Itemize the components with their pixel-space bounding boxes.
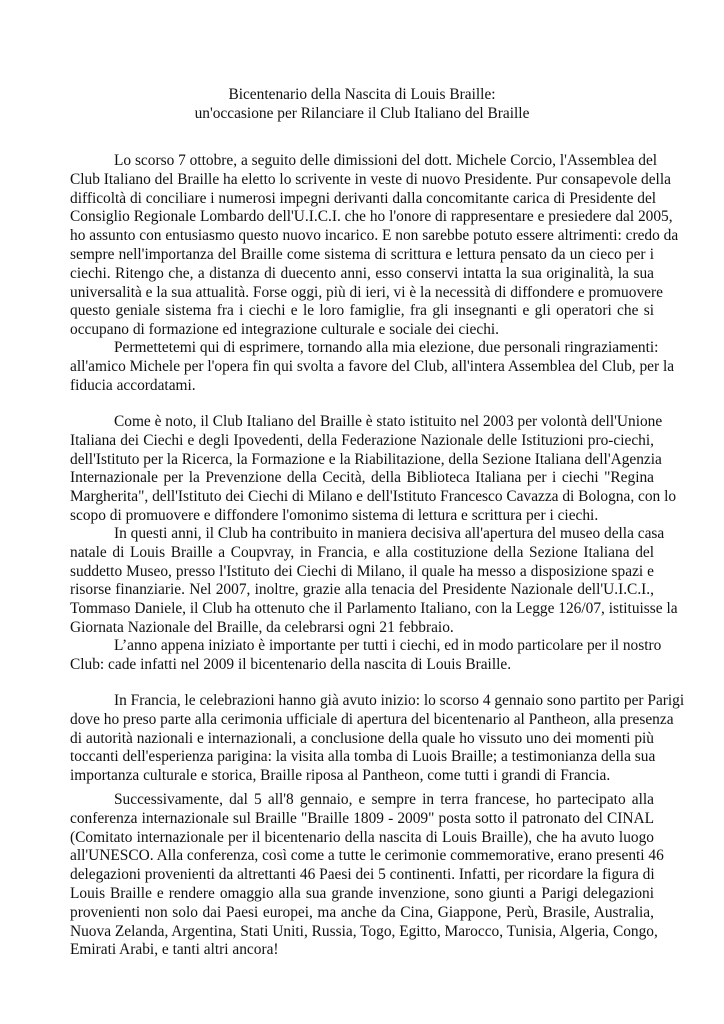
document-title: Bicentenario della Nascita di Louis Brai… [70, 86, 654, 124]
paragraph-line: dell'Istituto per la Ricerca, la Formazi… [70, 451, 654, 470]
paragraph: Come è noto, il Club Italiano del Braill… [70, 413, 654, 526]
paragraph-line: Club Italiano del Braille ha eletto lo s… [70, 171, 654, 190]
paragraph-line: all'amico Michele per l'opera fin qui sv… [70, 358, 654, 377]
paragraph: In Francia, le celebrazioni hanno già av… [70, 692, 654, 786]
paragraph-line: suddetto Museo, presso l'Istituto dei Ci… [70, 563, 654, 582]
paragraph: In questi anni, il Club ha contribuito i… [70, 525, 654, 638]
paragraph-line: dove ho preso parte alla cerimonia uffic… [70, 711, 654, 730]
paragraph-line: importanza culturale e storica, Braille … [70, 767, 654, 786]
paragraph: Lo scorso 7 ottobre, a seguito delle dim… [70, 152, 654, 340]
paragraph-line: natale di Louis Braille a Coupvray, in F… [70, 544, 654, 563]
paragraph-line: Louis Braille e rendere omaggio alla sua… [70, 885, 654, 904]
paragraph-line: Consiglio Regionale Lombardo dell'U.I.C.… [70, 208, 654, 227]
paragraph-line: fiducia accordatami. [70, 377, 654, 396]
paragraph-line: scopo di promuovere e diffondere l'omoni… [70, 507, 654, 526]
paragraph-line: Italiana dei Ciechi e degli Ipovedenti, … [70, 432, 654, 451]
document-page: Bicentenario della Nascita di Louis Brai… [0, 0, 724, 1024]
paragraph-line: Emirati Arabi, e tanti altri ancora! [70, 941, 654, 960]
title-line-2: un'occasione per Rilanciare il Club Ital… [70, 105, 654, 124]
paragraph-line: Internazionale per la Prevenzione della … [70, 469, 654, 488]
paragraph-line: ciechi. Ritengo che, a distanza di duece… [70, 265, 654, 284]
paragraph-line: Come è noto, il Club Italiano del Braill… [70, 413, 654, 432]
paragraph-line: Nuova Zelanda, Argentina, Stati Uniti, R… [70, 923, 654, 942]
paragraph-line: all'UNESCO. Alla conferenza, così come a… [70, 847, 654, 866]
paragraph: Successivamente, dal 5 all'8 gennaio, e … [70, 791, 654, 960]
paragraph-line: risorse finanziarie. Nel 2007, inoltre, … [70, 581, 654, 600]
paragraph-line: delegazioni provenienti da altrettanti 4… [70, 866, 654, 885]
paragraph-line: L’anno appena iniziato è importante per … [70, 637, 654, 656]
paragraph-line: Lo scorso 7 ottobre, a seguito delle dim… [70, 152, 654, 171]
paragraph: L’anno appena iniziato è importante per … [70, 637, 654, 675]
paragraph-line: Successivamente, dal 5 all'8 gennaio, e … [70, 791, 654, 810]
paragraph-line: In questi anni, il Club ha contribuito i… [70, 525, 654, 544]
paragraph-line: difficoltà di conciliare i numerosi impe… [70, 190, 654, 209]
paragraph-line: (Comitato internazionale per il bicenten… [70, 829, 654, 848]
paragraph-line: universalità e la sua attualità. Forse o… [70, 284, 654, 303]
paragraph-line: Tommaso Daniele, il Club ha ottenuto che… [70, 600, 654, 619]
paragraph-line: conferenza internazionale sul Braille "B… [70, 810, 654, 829]
paragraph-line: Margherita", dell'Istituto dei Ciechi di… [70, 488, 654, 507]
paragraph-line: In Francia, le celebrazioni hanno già av… [70, 692, 654, 711]
paragraph-line: questo geniale sistema fra i ciechi e le… [70, 302, 654, 321]
paragraph: Permettetemi qui di esprimere, tornando … [70, 339, 654, 395]
paragraph-line: sempre nell'importanza del Braille come … [70, 246, 654, 265]
title-line-1: Bicentenario della Nascita di Louis Brai… [70, 86, 654, 105]
paragraph-line: Giornata Nazionale del Braille, da celeb… [70, 619, 654, 638]
paragraph-line: Permettetemi qui di esprimere, tornando … [70, 339, 654, 358]
paragraph-line: di autorità nazionali e internazionali, … [70, 730, 654, 749]
paragraph-line: occupano di formazione ed integrazione c… [70, 321, 654, 340]
paragraph-line: Club: cade infatti nel 2009 il bicentena… [70, 656, 654, 675]
paragraph-line: toccanti dell'esperienza parigina: la vi… [70, 748, 654, 767]
paragraph-line: provenienti non solo dai Paesi europei, … [70, 904, 654, 923]
paragraph-line: ho assunto con entusiasmo questo nuovo i… [70, 227, 654, 246]
